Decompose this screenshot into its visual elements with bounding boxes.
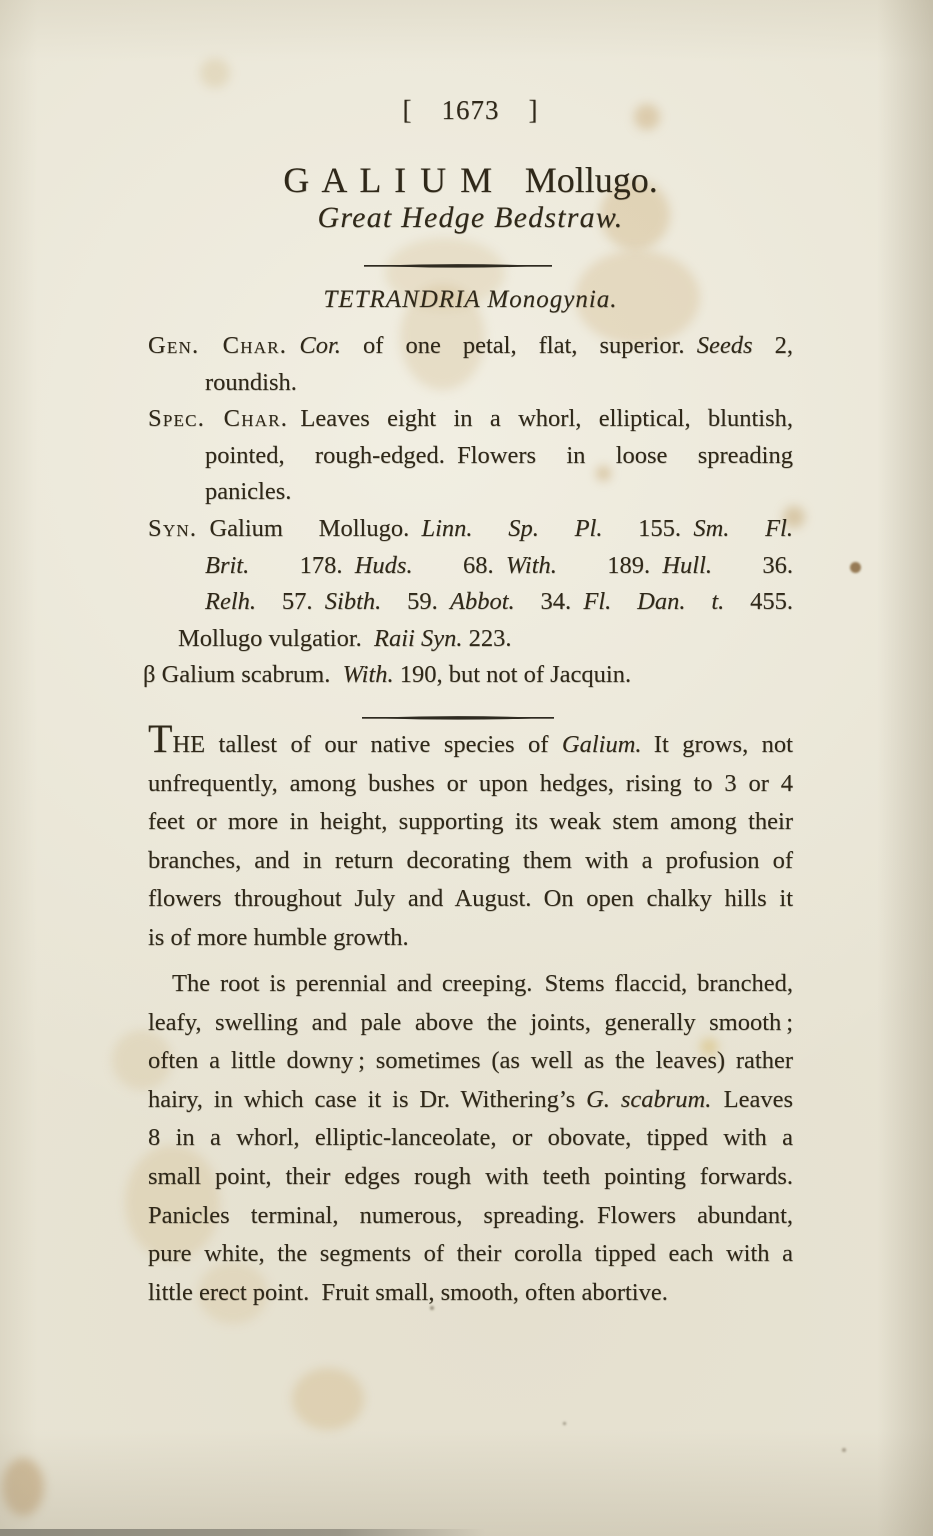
- text-line: 8 in a whorl, elliptic-lanceolate, or ob…: [148, 1119, 793, 1158]
- text-segment: pointed, rough-edged. Flowers in loose s…: [205, 442, 793, 469]
- text-line: often a little downy ; sometimes (as wel…: [148, 1042, 793, 1081]
- text-segment: Linn. Sp. Pl.: [421, 515, 602, 542]
- text-line: branches, and in return decorating them …: [148, 842, 793, 881]
- text-segment: β Galium scabrum.: [143, 661, 343, 688]
- text-segment: With.: [343, 661, 394, 688]
- text-line: Brit. 178. Huds. 68. With. 189. Hull. 36…: [148, 548, 793, 585]
- text-line: is of more humble growth.: [148, 919, 793, 958]
- text-line: Mollugo vulgatior. Raii Syn. 223.: [148, 621, 793, 658]
- text-segment: is of more humble growth.: [148, 924, 409, 951]
- text-segment: little erect point. Fruit small, smooth,…: [148, 1279, 668, 1306]
- swelled-rule-divider: [364, 258, 552, 276]
- text-segment: often a little downy ; sometimes (as wel…: [148, 1047, 793, 1074]
- text-segment: 2,: [753, 332, 793, 359]
- text-segment: G. scabrum.: [586, 1086, 711, 1113]
- text-segment: Raii Syn.: [374, 625, 462, 652]
- text-segment: 57.: [256, 588, 325, 615]
- description-paragraph-1: THE tallest of our native species of Gal…: [148, 726, 793, 958]
- text-segment: The root is perennial and creeping. Stem…: [172, 970, 793, 997]
- text-segment: 59.: [381, 588, 450, 615]
- text-segment: Seeds: [697, 332, 753, 359]
- common-name-title: Great Hedge Bedstraw.: [148, 202, 793, 234]
- foxing-stain: [2, 1458, 44, 1516]
- text-segment: of one petal, flat, superior.: [341, 332, 697, 359]
- text-segment: Abbot.: [450, 588, 515, 615]
- text-segment: Gen. Char.: [148, 332, 287, 359]
- text-segment: Leaves: [711, 1086, 793, 1113]
- text-segment: small point, their edges rough with teet…: [148, 1163, 793, 1190]
- species-name: Mollugo.: [525, 160, 658, 200]
- text-segment: Huds.: [355, 552, 413, 579]
- text-line: roundish.: [148, 365, 793, 402]
- text-line: Syn. Galium Mollugo. Linn. Sp. Pl. 155. …: [148, 511, 793, 548]
- text-segment: panicles.: [205, 478, 291, 505]
- foxing-stain: [200, 58, 230, 88]
- text-segment: unfrequently, among bushes or upon hedge…: [148, 770, 793, 797]
- page-number: [ 1673 ]: [148, 96, 793, 124]
- paper-speck: [842, 1448, 846, 1452]
- text-segment: Brit.: [205, 552, 249, 579]
- text-segment: 34.: [515, 588, 584, 615]
- text-line: β Galium scabrum. With. 190, but not of …: [143, 657, 793, 694]
- text-line: pointed, rough-edged. Flowers in loose s…: [148, 438, 793, 475]
- text-segment: hairy, in which case it is Dr. Withering…: [148, 1086, 586, 1113]
- text-line: Panicles terminal, numerous, spreading. …: [148, 1197, 793, 1236]
- foxing-fleck: [850, 562, 861, 573]
- book-page: [ 1673 ] G A L I U MMollugo. Great Hedge…: [0, 0, 933, 1536]
- text-segment: 155.: [602, 515, 693, 542]
- text-segment: 190, but not of Jacquin.: [394, 661, 632, 688]
- text-segment: 8 in a whorl, elliptic-lanceolate, or ob…: [148, 1124, 793, 1151]
- text-segment: It grows, not: [642, 731, 793, 758]
- text-line: The root is perennial and creeping. Stem…: [148, 965, 793, 1004]
- page-title: G A L I U MMollugo.: [148, 162, 793, 200]
- text-segment: pure white, the segments of their coroll…: [148, 1240, 793, 1267]
- text-segment: 178.: [249, 552, 354, 579]
- text-segment: flowers throughout July and August. On o…: [148, 885, 793, 912]
- text-segment: Spec. Char.: [148, 405, 288, 432]
- text-line: hairy, in which case it is Dr. Withering…: [148, 1081, 793, 1120]
- text-segment: [287, 332, 299, 359]
- text-segment: 36.: [712, 552, 793, 579]
- taxonomy-class-order: TETRANDRIA Monogynia.: [148, 287, 793, 313]
- text-segment: HE tallest of our native species of: [172, 731, 561, 758]
- text-segment: Relh.: [205, 588, 256, 615]
- text-line: unfrequently, among bushes or upon hedge…: [148, 765, 793, 804]
- text-segment: Galium.: [562, 731, 642, 758]
- text-segment: Mollugo vulgatior.: [178, 625, 374, 652]
- text-segment: T: [148, 716, 172, 761]
- text-line: pure white, the segments of their coroll…: [148, 1235, 793, 1274]
- text-line: flowers throughout July and August. On o…: [148, 880, 793, 919]
- text-segment: Sibth.: [325, 588, 382, 615]
- text-segment: Hull.: [662, 552, 712, 579]
- characters-and-synonyms-section: Gen. Char. Cor. of one petal, flat, supe…: [148, 328, 793, 694]
- page-bottom-edge-shadow: [0, 1529, 485, 1536]
- description-paragraph-2: The root is perennial and creeping. Stem…: [148, 965, 793, 1312]
- text-segment: 455.: [724, 588, 793, 615]
- text-segment: roundish.: [205, 369, 297, 396]
- text-line: Relh. 57. Sibth. 59. Abbot. 34. Fl. Dan.…: [148, 584, 793, 621]
- text-segment: Syn.: [148, 515, 197, 542]
- text-segment: Panicles terminal, numerous, spreading. …: [148, 1202, 793, 1229]
- text-line: little erect point. Fruit small, smooth,…: [148, 1274, 793, 1313]
- paper-speck: [563, 1422, 566, 1425]
- text-segment: Cor.: [299, 332, 341, 359]
- text-segment: Leaves eight in a whorl, elliptical, blu…: [288, 405, 793, 432]
- text-line: THE tallest of our native species of Gal…: [148, 726, 793, 765]
- text-segment: With.: [506, 552, 557, 579]
- text-line: panicles.: [148, 474, 793, 511]
- text-segment: branches, and in return decorating them …: [148, 847, 793, 874]
- text-line: leafy, swelling and pale above the joint…: [148, 1004, 793, 1043]
- text-segment: 68.: [413, 552, 506, 579]
- genus-name: G A L I U M: [283, 160, 494, 200]
- text-line: Gen. Char. Cor. of one petal, flat, supe…: [148, 328, 793, 365]
- text-segment: feet or more in height, supporting its w…: [148, 808, 793, 835]
- text-segment: Galium Mollugo.: [197, 515, 421, 542]
- text-segment: Sm. Fl.: [693, 515, 793, 542]
- foxing-stain: [292, 1368, 364, 1430]
- text-line: feet or more in height, supporting its w…: [148, 803, 793, 842]
- text-line: small point, their edges rough with teet…: [148, 1158, 793, 1197]
- text-segment: 189.: [557, 552, 662, 579]
- text-segment: Fl. Dan. t.: [583, 588, 724, 615]
- text-segment: leafy, swelling and pale above the joint…: [148, 1009, 793, 1036]
- text-segment: 223.: [462, 625, 511, 652]
- text-line: Spec. Char. Leaves eight in a whorl, ell…: [148, 401, 793, 438]
